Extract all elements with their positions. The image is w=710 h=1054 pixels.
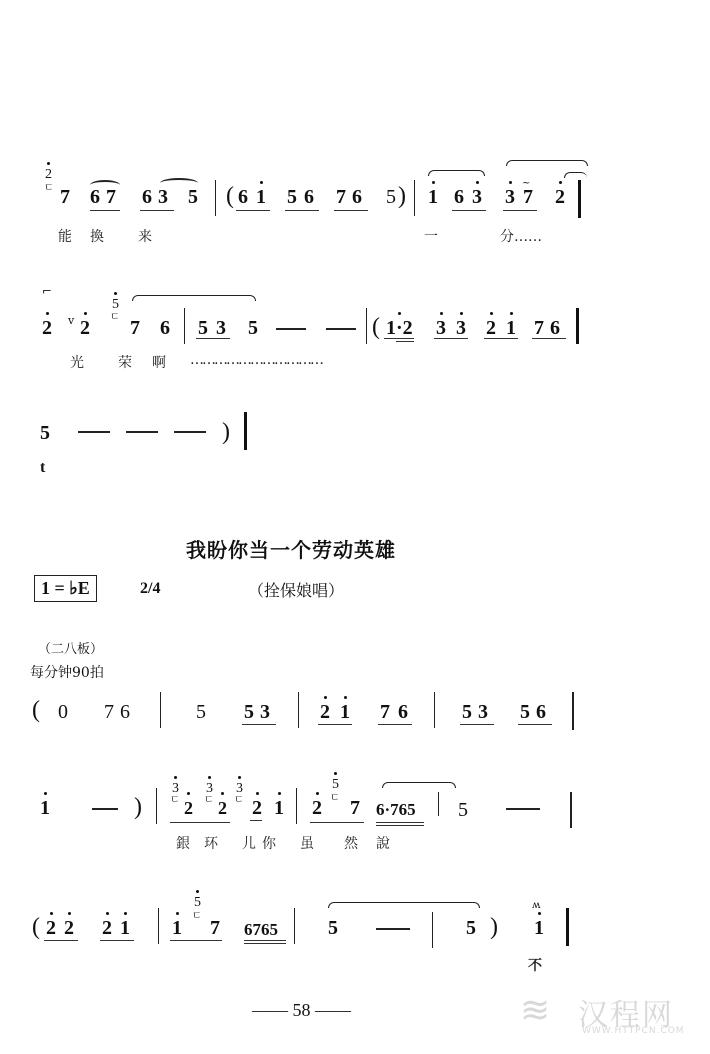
fermata-mark: ⌐ [42, 284, 52, 298]
time-signature: 2/4 [140, 580, 160, 598]
tempo-label: 每分钟90拍 [30, 662, 104, 682]
note: 7 [60, 187, 70, 207]
section-label: （二八板） [38, 638, 103, 657]
note: 5 [188, 187, 198, 207]
note: 6 [90, 187, 100, 207]
breath-mark: v [68, 314, 74, 327]
grace-note: 2 [45, 168, 52, 182]
barline [215, 180, 216, 216]
grace-mark: ㄷ [44, 184, 54, 194]
page-number: —— 58 —— [252, 1000, 351, 1021]
note: 7 [106, 187, 116, 207]
barline [578, 180, 581, 218]
song-subtitle: （拴保娘唱） [248, 578, 344, 601]
song-title: 我盼你当一个劳动英雄 [186, 534, 396, 563]
key-signature: 1 = ♭E [34, 575, 97, 602]
watermark-logo-icon: ≋ [520, 990, 550, 1031]
barline [414, 180, 415, 216]
note: 3 [158, 187, 168, 207]
trill-mark: ʍ [532, 900, 541, 911]
note: 6 [142, 187, 152, 207]
